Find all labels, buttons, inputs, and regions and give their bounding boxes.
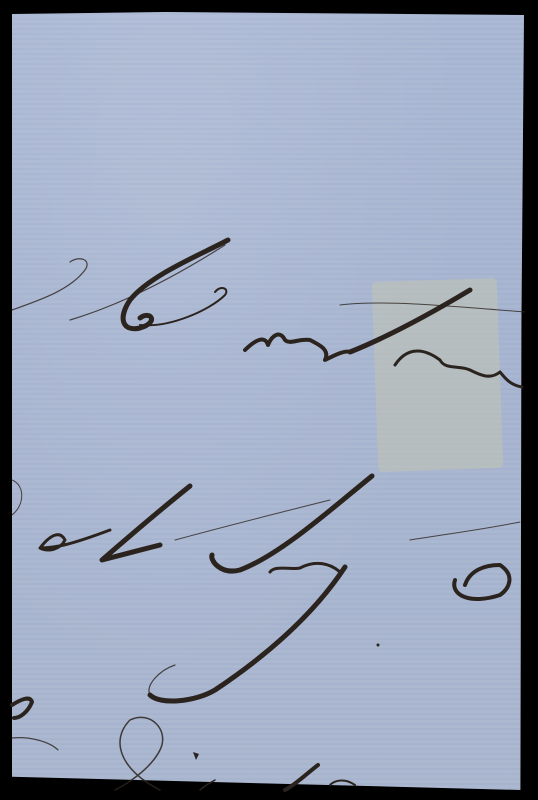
handwriting-ink xyxy=(0,0,538,800)
